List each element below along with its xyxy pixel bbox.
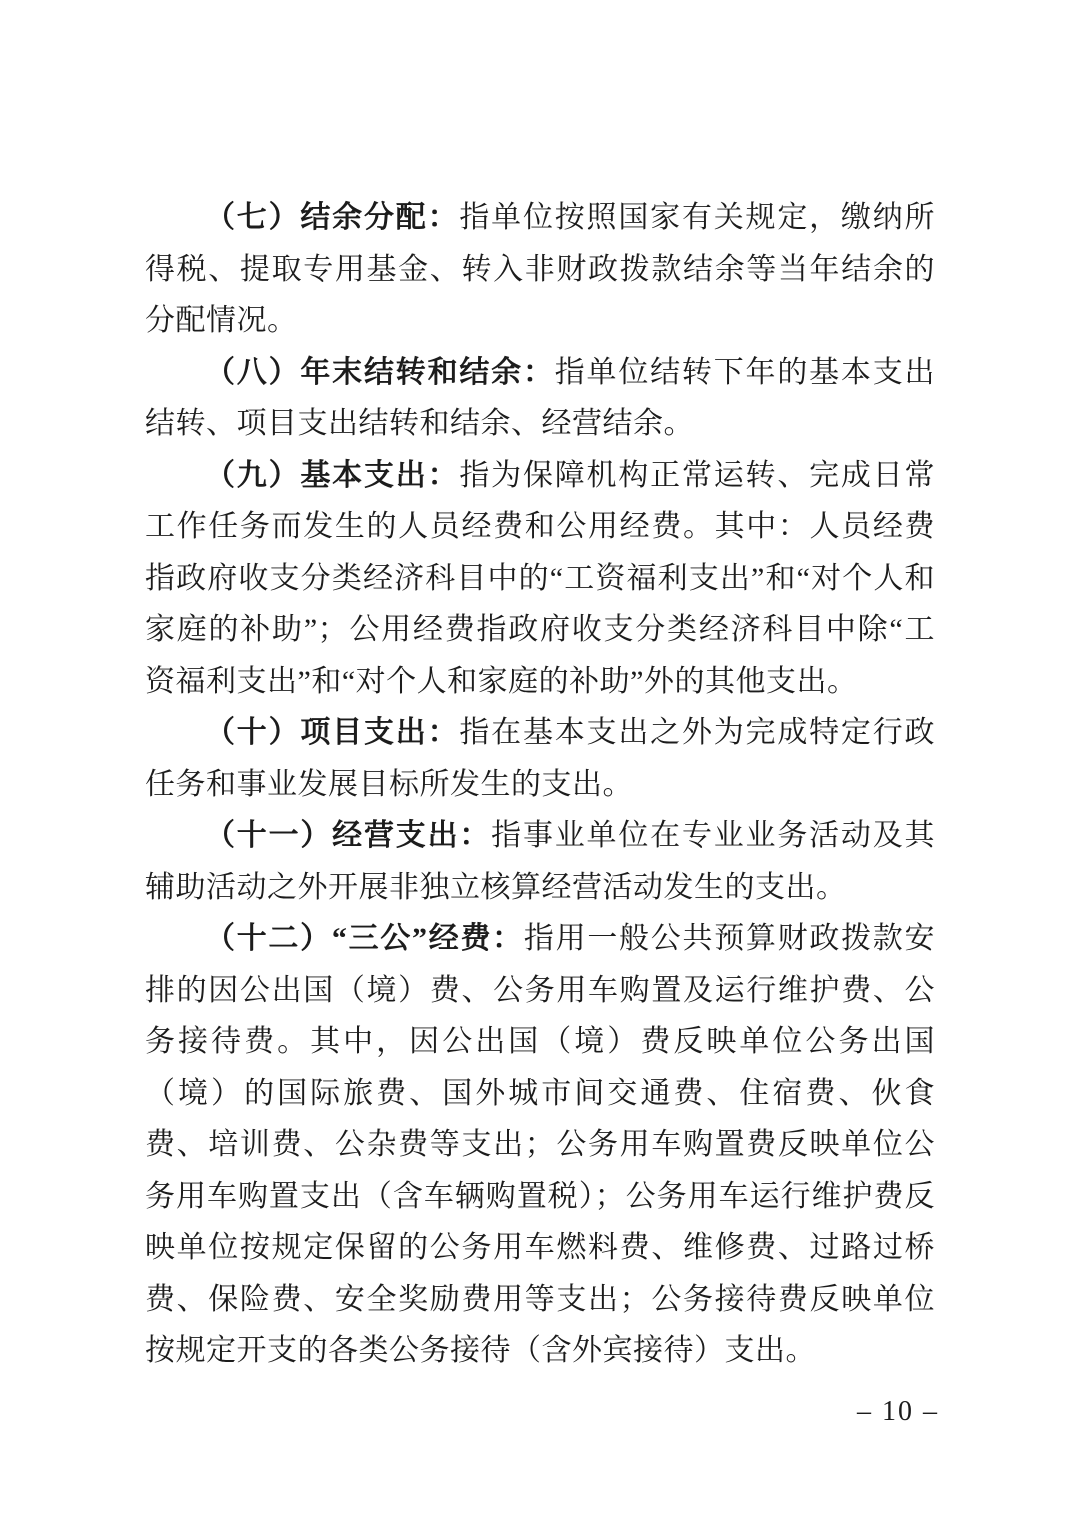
paragraph-text: 指用一般公共预算财政拨款安排的因公出国（境）费、公务用车购置及运行维护费、公务接… xyxy=(145,922,935,1367)
paragraph-heading: （十一）经营支出： xyxy=(205,819,491,852)
paragraph-heading: （十）项目支出： xyxy=(205,716,459,749)
paragraph-10-project-expenditure: （十）项目支出：指在基本支出之外为完成特定行政任务和事业发展目标所发生的支出。 xyxy=(145,707,935,810)
paragraph-heading: （八）年末结转和结余： xyxy=(205,356,555,389)
paragraph-12-three-public-funds: （十二）“三公”经费：指用一般公共预算财政拨款安排的因公出国（境）费、公务用车购… xyxy=(145,913,935,1377)
document-body: （七）结余分配：指单位按照国家有关规定，缴纳所得税、提取专用基金、转入非财政拨款… xyxy=(145,192,935,1377)
paragraph-heading: （十二）“三公”经费： xyxy=(205,922,524,955)
paragraph-7-surplus-distribution: （七）结余分配：指单位按照国家有关规定，缴纳所得税、提取专用基金、转入非财政拨款… xyxy=(145,192,935,347)
paragraph-8-year-end-carryover: （八）年末结转和结余：指单位结转下年的基本支出结转、项目支出结转和结余、经营结余… xyxy=(145,347,935,450)
paragraph-heading: （九）基本支出： xyxy=(205,459,459,492)
paragraph-text: 指为保障机构正常运转、完成日常工作任务而发生的人员经费和公用经费。其中：人员经费… xyxy=(145,459,935,698)
paragraph-9-basic-expenditure: （九）基本支出：指为保障机构正常运转、完成日常工作任务而发生的人员经费和公用经费… xyxy=(145,450,935,708)
paragraph-11-operating-expenditure: （十一）经营支出：指事业单位在专业业务活动及其辅助活动之外开展非独立核算经营活动… xyxy=(145,810,935,913)
paragraph-heading: （七）结余分配： xyxy=(205,201,459,234)
document-page: （七）结余分配：指单位按照国家有关规定，缴纳所得税、提取专用基金、转入非财政拨款… xyxy=(0,0,1069,1515)
page-number: – 10 – xyxy=(857,1396,939,1428)
